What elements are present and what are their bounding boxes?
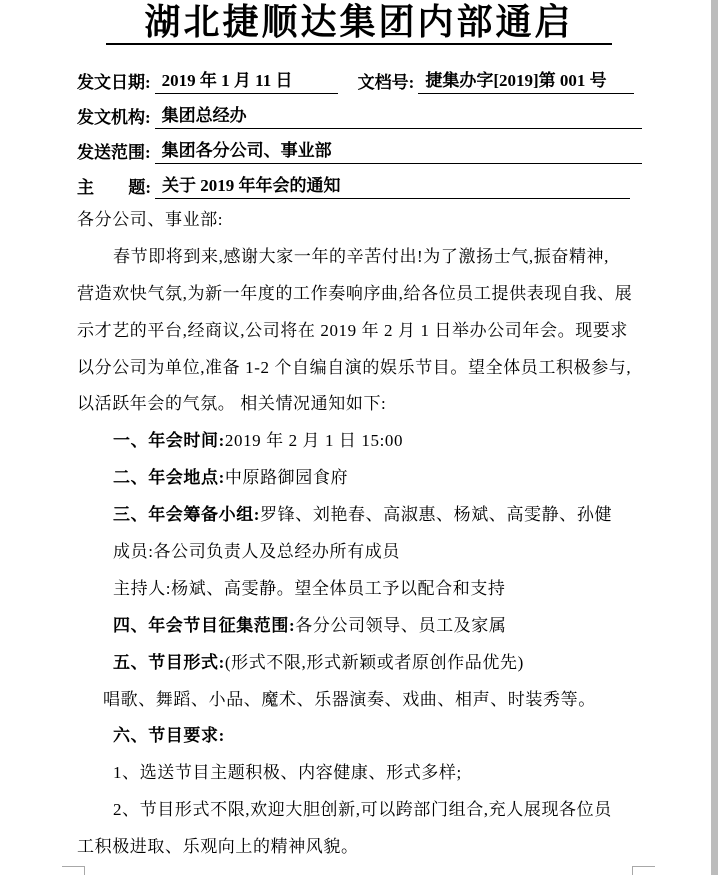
doc-number-value: 捷集办字[2019]第 001 号 [418, 66, 634, 94]
body-line: 主持人:杨斌、高雯静。望全体员工予以配合和支持 [77, 571, 718, 608]
body-line: 营造欢快气氛,为新一年度的工作奏响序曲,给各位员工提供表现自我、展 [77, 276, 718, 313]
body-line-item-3: 三、年会筹备小组:罗锋、刘艳春、高淑惠、杨斌、高雯静、孙健 [77, 497, 718, 534]
meta-row-date-docnumber: 发文日期: 2019 年 1 月 11 日 文档号: 捷集办字[2019]第 0… [77, 59, 646, 94]
body-line-item-4: 四、年会节目征集范围:各分公司领导、员工及家属 [77, 608, 718, 645]
body-line: 示才艺的平台,经商议,公司将在 2019 年 2 月 1 日举办公司年会。现要求 [77, 313, 718, 350]
doc-number-label: 文档号: [358, 68, 419, 94]
issuing-org-label: 发文机构: [77, 103, 155, 129]
body-line-item-2: 二、年会地点:中原路御园食府 [77, 460, 718, 497]
right-edge-strip [711, 0, 718, 875]
crop-mark-left [62, 866, 85, 875]
meta-row-subject: 主 题: 关于 2019 年年会的通知 [77, 164, 646, 199]
body-line: 成员:各公司负责人及总经办所有成员 [77, 534, 718, 571]
document-page: 湖北捷顺达集团内部通启 发文日期: 2019 年 1 月 11 日 文档号: 捷… [0, 0, 718, 875]
distribution-scope-value: 集团各分公司、事业部 [155, 136, 642, 164]
body-line-item-5: 五、节目形式:(形式不限,形式新颖或者原创作品优先) [77, 645, 718, 682]
issuing-org-value: 集团总经办 [155, 101, 642, 129]
subject-label: 主 题: [77, 173, 155, 199]
body-line: 以分公司为单位,准备 1-2 个自编自演的娱乐节目。望全体员工积极参与, [77, 350, 718, 387]
body-line-item-6: 六、节目要求: [77, 718, 718, 755]
meta-row-org: 发文机构: 集团总经办 [77, 94, 646, 129]
body-line: 唱歌、舞蹈、小品、魔术、乐器演奏、戏曲、相声、时装秀等。 [77, 682, 718, 719]
issue-date-label: 发文日期: [77, 68, 155, 94]
body-line-salutation: 各分公司、事业部: [77, 202, 718, 239]
body-line: 工积极进取、乐观向上的精神风貌。 [77, 829, 718, 866]
body-line: 2、节目形式不限,欢迎大胆创新,可以跨部门组合,充人展现各位员 [77, 792, 718, 829]
title-underline [106, 43, 612, 45]
crop-mark-right [632, 866, 655, 875]
meta-row-scope: 发送范围: 集团各分公司、事业部 [77, 129, 646, 164]
body-line: 1、选送节目主题积极、内容健康、形式多样; [77, 755, 718, 792]
subject-label-char: 主 [77, 173, 94, 198]
body-line-item-1: 一、年会时间:2019 年 2 月 1 日 15:00 [77, 423, 718, 460]
subject-label-rest: 题: [128, 173, 151, 198]
meta-fields: 发文日期: 2019 年 1 月 11 日 文档号: 捷集办字[2019]第 0… [77, 59, 646, 199]
document-body: 各分公司、事业部: 春节即将到来,感谢大家一年的辛苦付出!为了激扬士气,振奋精神… [77, 202, 718, 866]
issue-date-value: 2019 年 1 月 11 日 [155, 66, 338, 94]
page-title: 湖北捷顺达集团内部通启 [0, 0, 718, 42]
subject-value: 关于 2019 年年会的通知 [155, 171, 630, 199]
body-line: 春节即将到来,感谢大家一年的辛苦付出!为了激扬士气,振奋精神, [77, 239, 718, 276]
distribution-scope-label: 发送范围: [77, 138, 155, 164]
body-line: 以活跃年会的气氛。 相关情况通知如下: [77, 386, 718, 423]
